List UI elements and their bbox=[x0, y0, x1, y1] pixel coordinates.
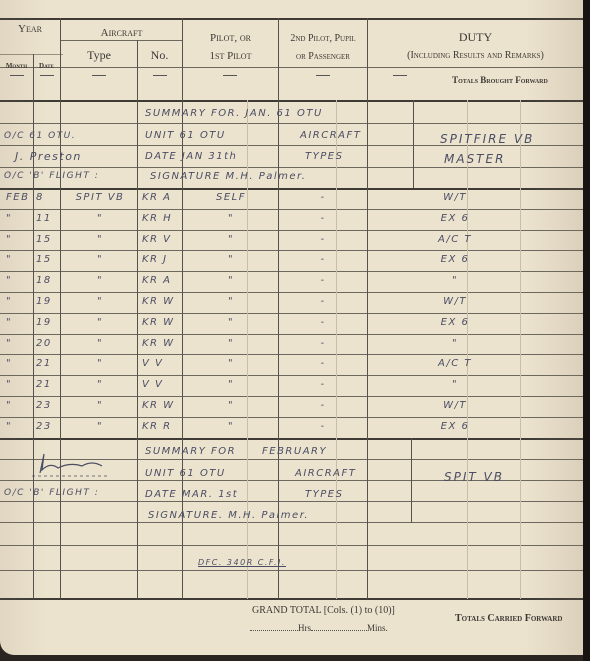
header-bottom-rule bbox=[0, 100, 583, 102]
row-rule bbox=[0, 501, 583, 502]
cell-month: " bbox=[6, 234, 32, 245]
jan-summary-line3b: TYPES bbox=[305, 151, 343, 162]
cell-date: 8 bbox=[36, 192, 60, 203]
cell-month: " bbox=[6, 338, 32, 349]
type-header: Type bbox=[61, 48, 137, 62]
jan-summary-line1: SUMMARY FOR. JAN. 61 OTU bbox=[145, 108, 323, 119]
cell-type: " bbox=[64, 338, 136, 349]
row-rule bbox=[0, 522, 583, 523]
cell-duty: A/C T bbox=[400, 234, 510, 245]
aircraft-subrule bbox=[61, 40, 183, 41]
cell-no: KR W bbox=[142, 296, 182, 307]
faint-line bbox=[520, 100, 521, 599]
cell-month: " bbox=[6, 296, 32, 307]
cell-second: - bbox=[280, 296, 366, 307]
row-rule bbox=[0, 313, 583, 314]
feb-types: SPIT VB bbox=[444, 470, 504, 484]
cell-duty: W/T bbox=[400, 400, 510, 411]
cell-no: V V bbox=[142, 379, 182, 390]
feb-summary-line1b: FEBRUARY bbox=[262, 446, 327, 457]
cell-pilot: " bbox=[185, 358, 277, 369]
duty-header: DUTY bbox=[368, 30, 583, 44]
col-divider-second bbox=[367, 18, 368, 599]
cell-pilot: " bbox=[185, 421, 277, 432]
row-rule bbox=[0, 396, 583, 397]
row-rule bbox=[0, 417, 583, 418]
cell-type: " bbox=[64, 421, 136, 432]
dash bbox=[40, 75, 54, 76]
row-rule bbox=[0, 230, 583, 231]
cell-no: KR J bbox=[142, 254, 182, 265]
summary-types-divider bbox=[413, 100, 414, 188]
totals-brought-forward: Totals Brought Forward bbox=[430, 73, 570, 87]
year-header: Year bbox=[0, 22, 60, 36]
feb-summary-line2a: UNIT 61 OTU bbox=[145, 468, 226, 479]
row-rule bbox=[0, 375, 583, 376]
col-divider-type bbox=[137, 40, 138, 599]
cell-month: " bbox=[6, 254, 32, 265]
cell-pilot: " bbox=[185, 213, 277, 224]
cell-pilot: SELF bbox=[185, 192, 277, 203]
cell-type: " bbox=[64, 379, 136, 390]
cell-date: 21 bbox=[36, 379, 60, 390]
row-rule bbox=[0, 438, 583, 440]
dash bbox=[10, 75, 24, 76]
aircraft-header: Aircraft bbox=[61, 26, 182, 40]
totals-carried-forward: Totals Carried Forward bbox=[455, 613, 562, 624]
cell-duty: " bbox=[400, 338, 510, 349]
cell-date: 19 bbox=[36, 296, 60, 307]
cell-no: KR W bbox=[142, 338, 182, 349]
cell-date: 15 bbox=[36, 254, 60, 265]
cell-date: 18 bbox=[36, 275, 60, 286]
cell-pilot: " bbox=[185, 254, 277, 265]
logbook-page: Year Month Date Aircraft Type No. Pilot,… bbox=[0, 0, 583, 655]
second-pilot-header-1: 2nd Pilot, Pupil bbox=[279, 32, 367, 46]
cell-type: " bbox=[64, 317, 136, 328]
cell-type: " bbox=[64, 213, 136, 224]
row-rule bbox=[0, 292, 583, 293]
cell-date: 11 bbox=[36, 213, 60, 224]
cell-second: - bbox=[280, 213, 366, 224]
cell-month: " bbox=[6, 358, 32, 369]
jan-types-line1: SPITFIRE VB bbox=[440, 132, 534, 146]
cell-date: 23 bbox=[36, 400, 60, 411]
cell-type: " bbox=[64, 275, 136, 286]
cell-month: " bbox=[6, 421, 32, 432]
row-rule bbox=[0, 354, 583, 355]
dash bbox=[92, 75, 106, 76]
cell-no: KR A bbox=[142, 192, 182, 203]
feb-summary-signature: SIGNATURE. M.H. Palmer. bbox=[148, 510, 309, 521]
feb-left-line: O/C 'B' FLIGHT : bbox=[4, 488, 99, 498]
dash bbox=[223, 75, 237, 76]
cell-date: 20 bbox=[36, 338, 60, 349]
book-binding-edge bbox=[583, 0, 590, 661]
top-rule bbox=[0, 18, 583, 20]
jan-types-line2: MASTER bbox=[444, 152, 505, 166]
row-rule bbox=[0, 598, 583, 600]
summary-types-divider bbox=[411, 438, 412, 523]
mins-label: Mins. bbox=[367, 623, 388, 633]
jan-summary-signature: SIGNATURE M.H. Palmer. bbox=[150, 171, 306, 182]
year-subrule bbox=[0, 54, 63, 55]
header-rule bbox=[0, 67, 583, 68]
cell-duty: EX 6 bbox=[400, 254, 510, 265]
cell-second: - bbox=[280, 275, 366, 286]
cell-date: 21 bbox=[36, 358, 60, 369]
cell-month: " bbox=[6, 400, 32, 411]
jan-summary-line2b: AIRCRAFT bbox=[300, 130, 361, 141]
row-rule bbox=[0, 250, 583, 251]
cell-date: 19 bbox=[36, 317, 60, 328]
cell-no: KR H bbox=[142, 213, 182, 224]
cell-second: - bbox=[280, 358, 366, 369]
cell-second: - bbox=[280, 254, 366, 265]
cell-duty: EX 6 bbox=[400, 213, 510, 224]
cell-duty: EX 6 bbox=[400, 421, 510, 432]
cell-month: " bbox=[6, 379, 32, 390]
cell-pilot: " bbox=[185, 400, 277, 411]
cell-no: KR W bbox=[142, 400, 182, 411]
cell-type: " bbox=[64, 254, 136, 265]
col-divider-date bbox=[60, 18, 61, 599]
feb-summary-line1a: SUMMARY FOR bbox=[145, 446, 236, 457]
cell-month: " bbox=[6, 213, 32, 224]
second-pilot-header-2: or Passenger bbox=[279, 50, 367, 64]
dash bbox=[316, 75, 330, 76]
cell-no: V V bbox=[142, 358, 182, 369]
duty-subheader: (Including Results and Remarks) bbox=[368, 49, 583, 63]
cell-second: - bbox=[280, 192, 366, 203]
cell-pilot: " bbox=[185, 379, 277, 390]
dash bbox=[393, 75, 407, 76]
cell-duty: EX 6 bbox=[400, 317, 510, 328]
cell-pilot: " bbox=[185, 296, 277, 307]
row-rule bbox=[0, 188, 583, 190]
dash bbox=[153, 75, 167, 76]
faint-line bbox=[336, 100, 337, 599]
hrs-label: Hrs bbox=[298, 623, 311, 633]
jan-left-signature: J. Preston bbox=[15, 150, 82, 163]
cell-no: KR A bbox=[142, 275, 182, 286]
cell-second: - bbox=[280, 317, 366, 328]
date-header: Date bbox=[33, 59, 60, 73]
cell-duty: W/T bbox=[400, 296, 510, 307]
cell-duty: " bbox=[400, 275, 510, 286]
feb-summary-line3b: TYPES bbox=[305, 489, 343, 500]
cell-second: - bbox=[280, 379, 366, 390]
cell-date: 15 bbox=[36, 234, 60, 245]
cell-pilot: " bbox=[185, 317, 277, 328]
jan-left-line1: O/C 61 OTU. bbox=[4, 131, 76, 141]
row-rule bbox=[0, 209, 583, 210]
cell-type: SPIT VB bbox=[64, 192, 136, 203]
cell-duty: " bbox=[400, 379, 510, 390]
row-rule bbox=[0, 167, 583, 168]
cell-month: " bbox=[6, 275, 32, 286]
row-rule bbox=[0, 545, 583, 546]
cell-no: KR R bbox=[142, 421, 182, 432]
row-rule bbox=[0, 271, 583, 272]
cell-month: " bbox=[6, 317, 32, 328]
cfi-note: DFC. 340R C.F.I. bbox=[198, 558, 286, 567]
month-header: Month bbox=[0, 59, 33, 73]
row-rule bbox=[0, 570, 583, 571]
faint-line bbox=[467, 100, 468, 599]
pilot-header-2: 1st Pilot bbox=[183, 49, 278, 63]
cell-type: " bbox=[64, 296, 136, 307]
feb-left-signature-scribble bbox=[30, 448, 120, 478]
cell-duty: W/T bbox=[400, 192, 510, 203]
no-header: No. bbox=[137, 48, 182, 62]
cell-pilot: " bbox=[185, 275, 277, 286]
cell-no: KR W bbox=[142, 317, 182, 328]
feb-summary-line2b: AIRCRAFT bbox=[295, 468, 356, 479]
cell-second: - bbox=[280, 421, 366, 432]
cell-month: FEB bbox=[6, 192, 32, 203]
cell-pilot: " bbox=[185, 234, 277, 245]
grand-total-fields: HrsMins. bbox=[250, 623, 400, 633]
pilot-header-1: Pilot, or bbox=[183, 31, 278, 45]
cell-second: - bbox=[280, 338, 366, 349]
jan-summary-line3a: DATE JAN 31th bbox=[145, 151, 237, 162]
jan-left-line3: O/C 'B' FLIGHT : bbox=[4, 171, 99, 181]
cell-no: KR V bbox=[142, 234, 182, 245]
cell-duty: A/C T bbox=[400, 358, 510, 369]
cell-date: 23 bbox=[36, 421, 60, 432]
cell-second: - bbox=[280, 400, 366, 411]
cell-type: " bbox=[64, 400, 136, 411]
feb-summary-line3a: DATE MAR. 1st bbox=[145, 489, 238, 500]
row-rule bbox=[0, 334, 583, 335]
jan-summary-line2a: UNIT 61 OTU bbox=[145, 130, 226, 141]
cell-type: " bbox=[64, 234, 136, 245]
cell-pilot: " bbox=[185, 338, 277, 349]
cell-type: " bbox=[64, 358, 136, 369]
cell-second: - bbox=[280, 234, 366, 245]
grand-total-label: GRAND TOTAL [Cols. (1) to (10)] bbox=[252, 605, 395, 616]
row-rule bbox=[0, 123, 583, 124]
